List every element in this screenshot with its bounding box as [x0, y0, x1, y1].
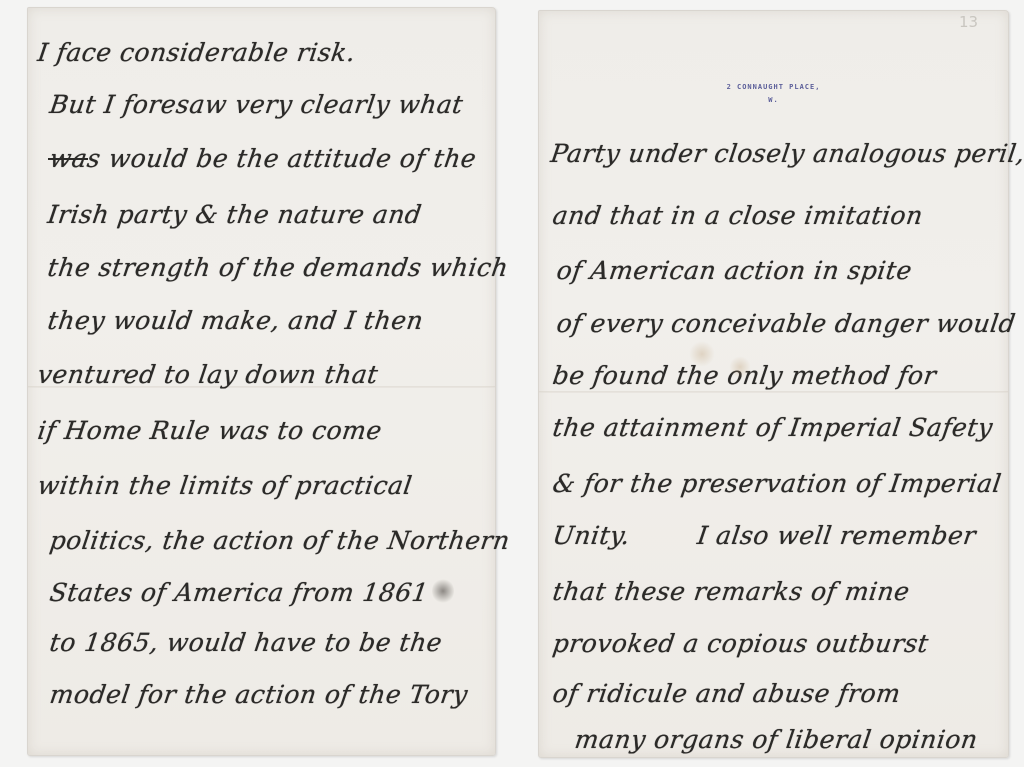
handwritten-line: & for the preservation of Imperial [551, 469, 1003, 498]
handwritten-line: and that in a close imitation [551, 201, 925, 230]
handwritten-line: of ridicule and abuse from [551, 679, 903, 708]
handwritten-line: they would make, and I then [46, 306, 425, 335]
handwritten-line: if Home Rule was to come [36, 416, 384, 445]
handwritten-line: Unity. I also well remember [551, 521, 978, 550]
handwritten-line: politics, the action of the Northern [48, 526, 512, 555]
page-fold-line [539, 391, 1008, 393]
paper-stain [729, 356, 751, 378]
archive-page-number: 13 [959, 13, 978, 31]
handwritten-line: Party under closely analogous peril, [549, 139, 1024, 168]
handwritten-line: of American action in spite [555, 256, 914, 285]
letterhead-district: W. [539, 96, 1008, 104]
handwritten-line: the attainment of Imperial Safety [551, 413, 995, 442]
handwritten-line: that these remarks of mine [551, 577, 912, 606]
handwritten-line: States of America from 1861 [48, 578, 430, 607]
letter-page-right: 13 2 CONNAUGHT PLACE, W. Party under clo… [538, 10, 1009, 758]
handwritten-line: Irish party & the nature and [46, 200, 424, 229]
handwritten-line: the strength of the demands which [46, 253, 510, 282]
handwritten-line: provoked a copious outburst [551, 629, 931, 658]
handwritten-line: model for the action of the Tory [48, 680, 470, 709]
handwritten-line: of every conceivable danger would [555, 309, 1018, 338]
strikethrough-mark [48, 158, 88, 160]
handwritten-line: I face considerable risk. [36, 38, 358, 67]
handwritten-line: within the limits of practical [36, 471, 414, 500]
paper-stain [689, 341, 715, 367]
handwritten-line: was would be the attitude of the [48, 144, 478, 173]
ink-blot [432, 578, 454, 604]
letter-page-left: I face considerable risk. But I foresaw … [27, 7, 496, 756]
handwritten-line: many organs of liberal opinion [573, 725, 980, 754]
handwritten-line: ventured to lay down that [36, 360, 380, 389]
letterhead-address: 2 CONNAUGHT PLACE, [539, 83, 1008, 91]
handwritten-line: to 1865, would have to be the [48, 628, 444, 657]
handwritten-line: But I foresaw very clearly what [48, 90, 465, 119]
